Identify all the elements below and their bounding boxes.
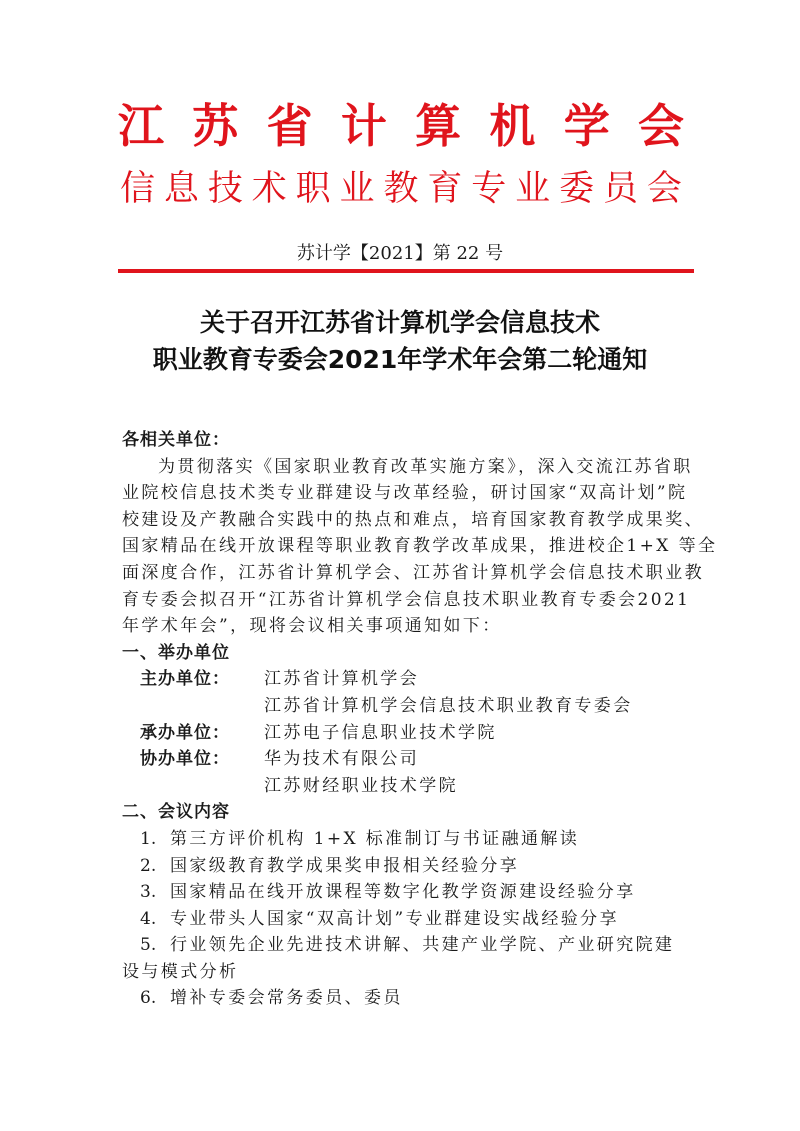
- letterhead-char: 职: [296, 166, 331, 212]
- notice-title-line-1: 关于召开江苏省计算机学会信息技术: [0, 306, 800, 340]
- org-value: 华为技术有限公司: [264, 746, 419, 773]
- letterhead-char: 苏: [192, 98, 238, 154]
- org-value: 江苏电子信息职业技术学院: [264, 720, 497, 747]
- section-heading-organizers: 一、举办单位: [122, 640, 682, 667]
- agenda-item: 5.行业领先企业先进技术讲解、共建产业学院、产业研究院建: [122, 932, 682, 959]
- org-value: 江苏省计算机学会: [264, 666, 419, 693]
- agenda-item-text: 增补专委会常务委员、委员: [170, 988, 403, 1008]
- letterhead-committee-name: 信 息 技 术 职 业 教 育 专 业 委 员 会: [120, 166, 682, 212]
- agenda-item-number: 4.: [140, 906, 170, 933]
- agenda-item: 6.增补专委会常务委员、委员: [122, 985, 682, 1012]
- agenda-item-number: 3.: [140, 879, 170, 906]
- agenda-item: 4.专业带头人国家“双高计划”专业群建设实战经验分享: [122, 906, 682, 933]
- agenda-item-text: 行业领先企业先进技术讲解、共建产业学院、产业研究院建: [170, 935, 674, 955]
- letterhead-char: 省: [267, 98, 313, 154]
- agenda-item: 3.国家精品在线开放课程等数字化教学资源建设经验分享: [122, 879, 682, 906]
- agenda-item-number: 1.: [140, 826, 170, 853]
- notice-title-line-2: 职业教育专委会2021年学术年会第二轮通知: [0, 343, 800, 377]
- letterhead-char: 业: [515, 166, 550, 212]
- org-row-host: 主办单位： 江苏省计算机学会: [122, 666, 682, 693]
- org-value: 江苏财经职业技术学院: [264, 773, 458, 800]
- org-row-host-2: 江苏省计算机学会信息技术职业教育专委会: [122, 693, 682, 720]
- letterhead-char: 教: [383, 166, 418, 212]
- agenda-item-number: 5.: [140, 932, 170, 959]
- letterhead-char: 算: [415, 98, 461, 154]
- letterhead-char: 术: [252, 166, 287, 212]
- letterhead-char: 育: [427, 166, 462, 212]
- agenda-item-text: 第三方评价机构 1+X 标准制订与书证融通解读: [170, 829, 579, 849]
- document-page: 江 苏 省 计 算 机 学 会 信 息 技 术 职 业 教 育 专 业 委 员 …: [0, 0, 800, 1131]
- letterhead-char: 技: [208, 166, 243, 212]
- intro-paragraph-line: 校建设及产教融合实践中的热点和难点，培育国家教育教学成果奖、: [122, 507, 682, 534]
- letterhead-char: 江: [118, 98, 164, 154]
- letterhead-char: 会: [647, 166, 682, 212]
- org-value: 江苏省计算机学会信息技术职业教育专委会: [264, 693, 633, 720]
- letterhead-divider: [118, 269, 694, 273]
- letterhead-org-name: 江 苏 省 计 算 机 学 会: [118, 98, 684, 154]
- org-row-co-organizer: 协办单位： 华为技术有限公司: [122, 746, 682, 773]
- notice-body: 各相关单位： 为贯彻落实《国家职业教育改革实施方案》，深入交流江苏省职 业院校信…: [122, 427, 682, 1012]
- intro-paragraph-line: 国家精品在线开放课程等职业教育教学改革成果，推进校企1+X 等全: [122, 533, 682, 560]
- letterhead-char: 员: [603, 166, 638, 212]
- letterhead-char: 会: [638, 98, 684, 154]
- letterhead-char: 委: [559, 166, 594, 212]
- letterhead-char: 学: [564, 98, 610, 154]
- agenda-item: 1.第三方评价机构 1+X 标准制订与书证融通解读: [122, 826, 682, 853]
- document-number: 苏计学【2021】第 22 号: [0, 242, 800, 266]
- agenda-item-text: 国家级教育教学成果奖申报相关经验分享: [170, 856, 519, 876]
- org-label: 协办单位：: [122, 746, 264, 773]
- intro-paragraph-line: 面深度合作，江苏省计算机学会、江苏省计算机学会信息技术职业教: [122, 560, 682, 587]
- agenda-item: 2.国家级教育教学成果奖申报相关经验分享: [122, 853, 682, 880]
- org-row-co-organizer-2: 江苏财经职业技术学院: [122, 773, 682, 800]
- agenda-item-number: 6.: [140, 985, 170, 1012]
- intro-paragraph-line: 业院校信息技术类专业群建设与改革经验，研讨国家“双高计划”院: [122, 480, 682, 507]
- letterhead-char: 计: [341, 98, 387, 154]
- org-label: 主办单位：: [122, 666, 264, 693]
- agenda-item-number: 2.: [140, 853, 170, 880]
- letterhead-char: 机: [489, 98, 535, 154]
- intro-paragraph-line: 年学术年会”，现将会议相关事项通知如下：: [122, 613, 682, 640]
- agenda-item-continuation: 设与模式分析: [122, 959, 682, 986]
- agenda-item-text: 专业带头人国家“双高计划”专业群建设实战经验分享: [170, 909, 619, 929]
- salutation: 各相关单位：: [122, 427, 682, 454]
- intro-paragraph-line: 育专委会拟召开“江苏省计算机学会信息技术职业教育专委会2021: [122, 587, 682, 614]
- letterhead-char: 信: [120, 166, 155, 212]
- org-label: 承办单位：: [122, 720, 264, 747]
- letterhead-char: 专: [471, 166, 506, 212]
- org-row-organizer: 承办单位： 江苏电子信息职业技术学院: [122, 720, 682, 747]
- letterhead-char: 业: [340, 166, 375, 212]
- org-label: [122, 693, 264, 720]
- agenda-item-text: 国家精品在线开放课程等数字化教学资源建设经验分享: [170, 882, 636, 902]
- org-label: [122, 773, 264, 800]
- letterhead-char: 息: [164, 166, 199, 212]
- section-heading-agenda: 二、会议内容: [122, 799, 682, 826]
- intro-paragraph-line: 为贯彻落实《国家职业教育改革实施方案》，深入交流江苏省职: [122, 454, 682, 481]
